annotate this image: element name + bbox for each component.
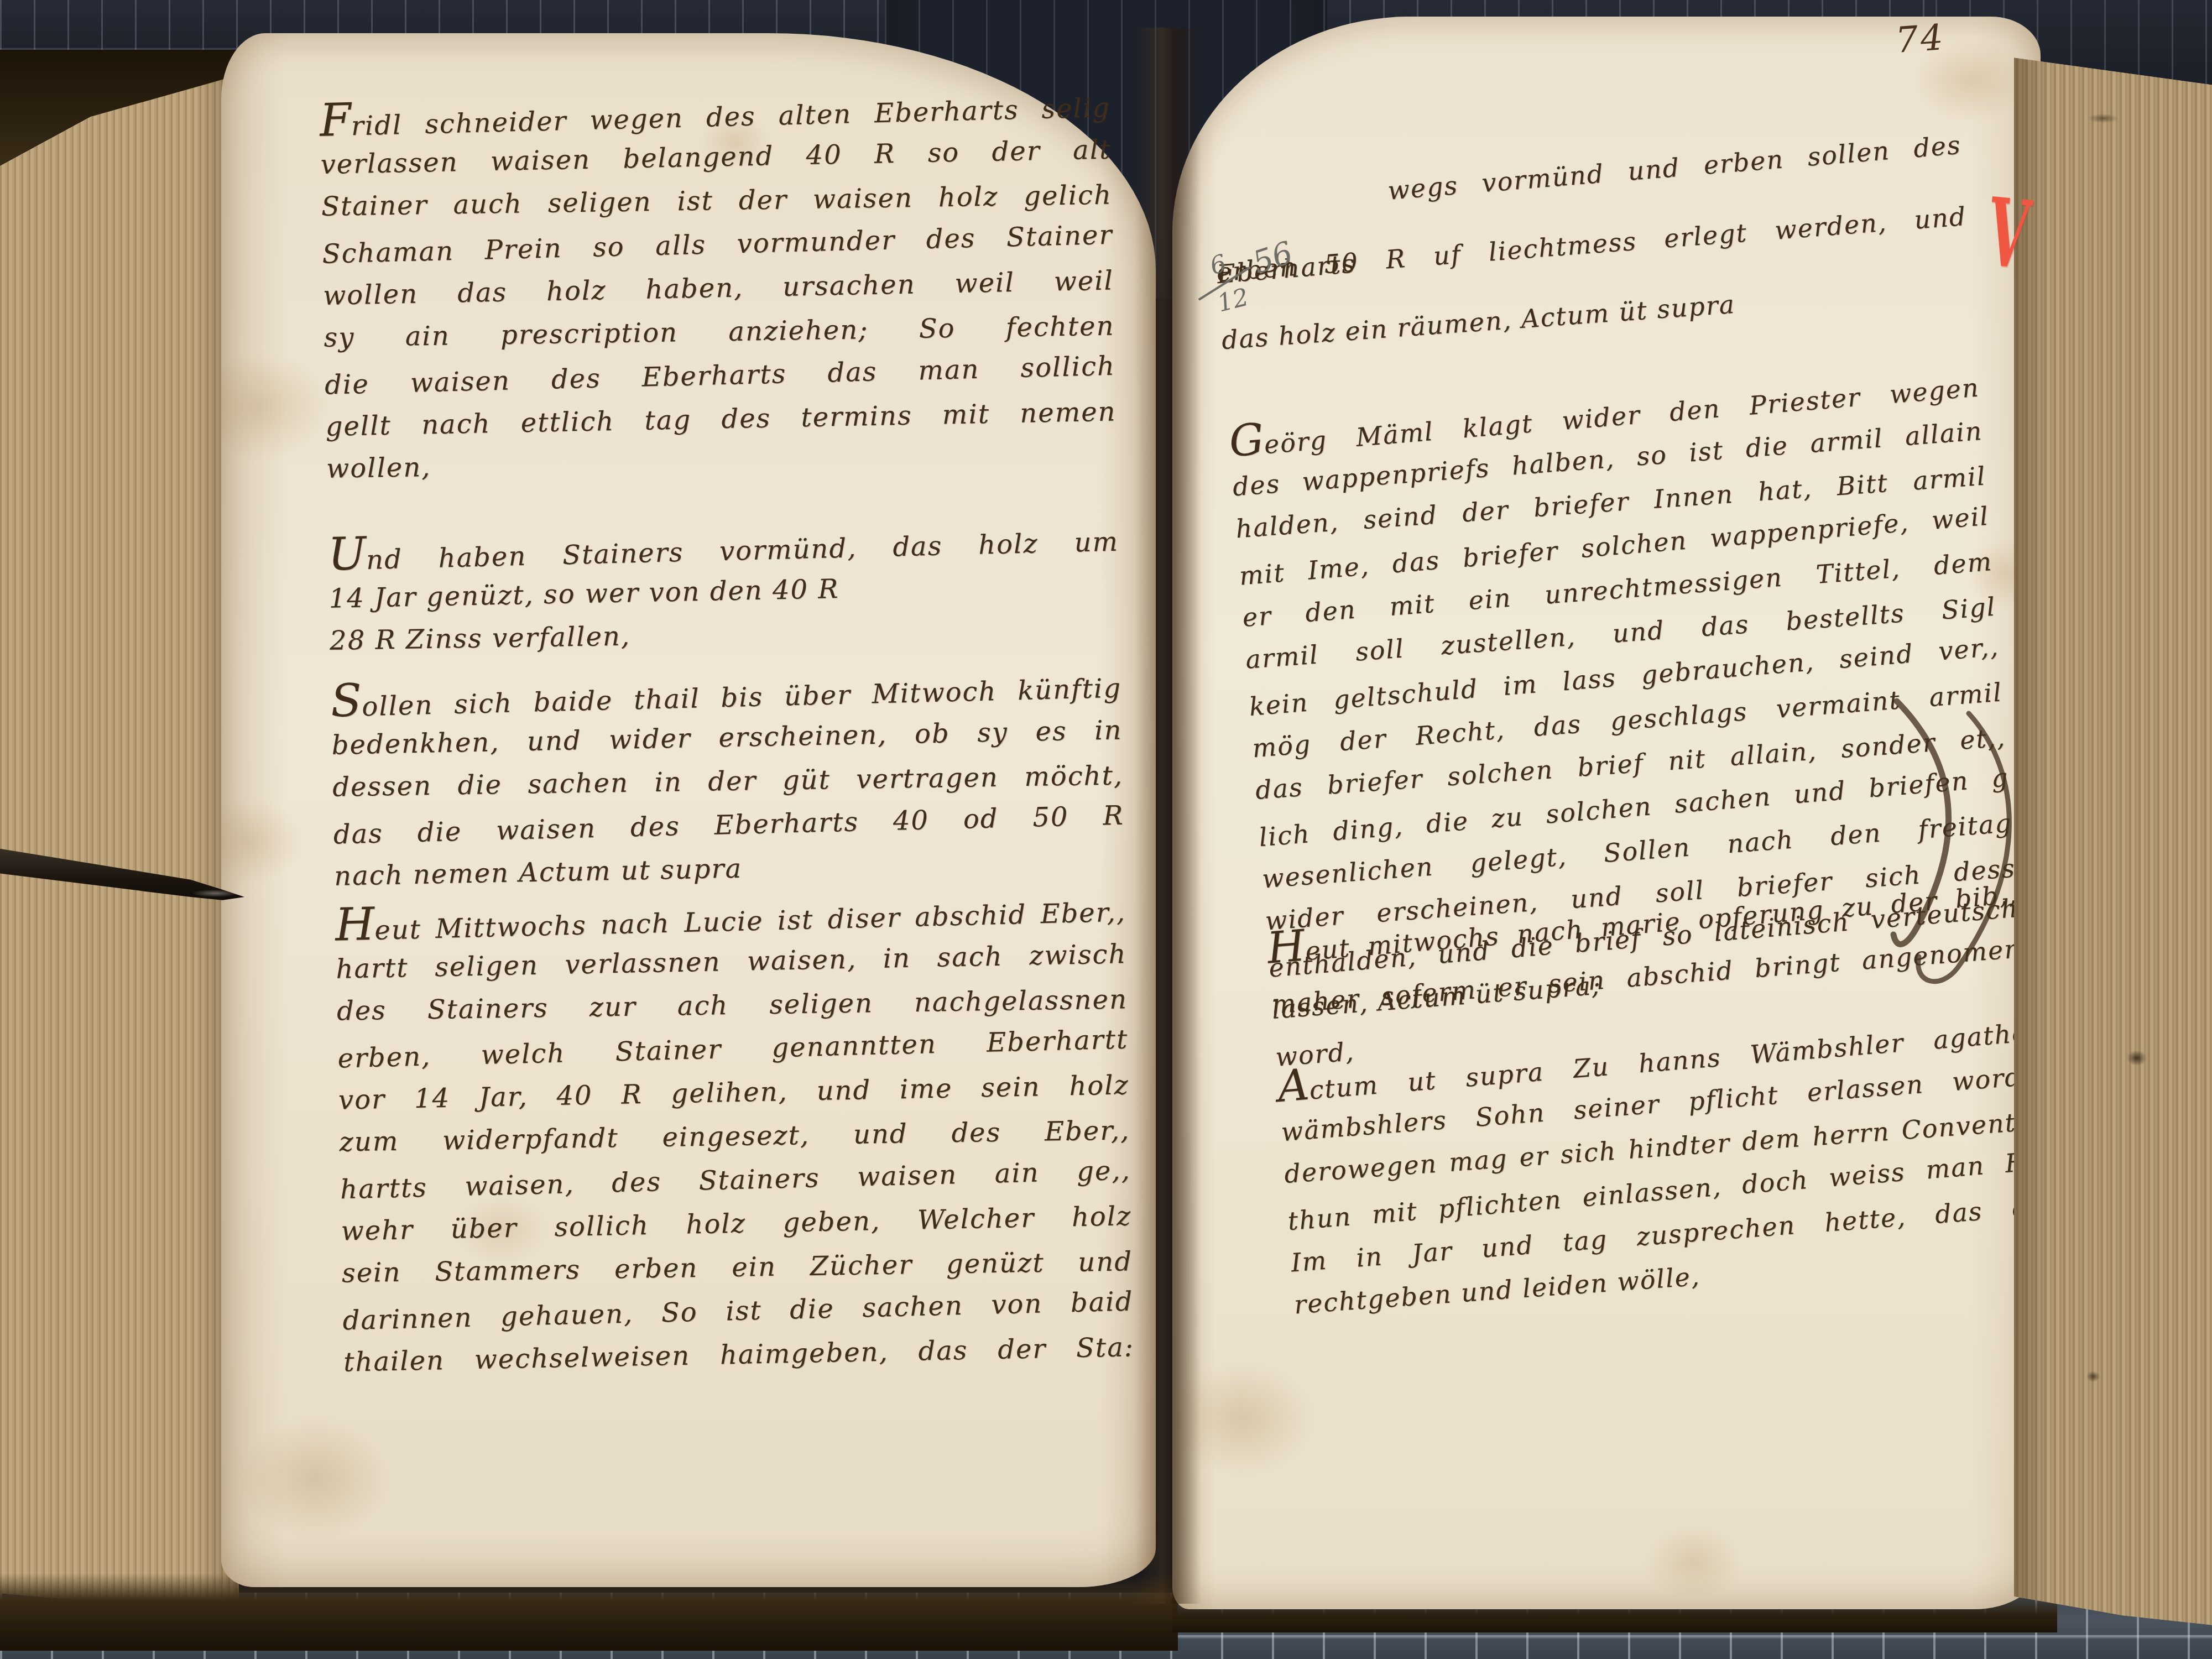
manuscript-paragraph: Sollen sich baide thail bis über Mitwoch… <box>330 665 1125 898</box>
left-page: Fridl schneider wegen des alten Eberhart… <box>221 33 1156 1587</box>
pencil-fraction-denominator: 12 <box>1214 283 1251 317</box>
manuscript-paragraph: Und haben Stainers vormünd, das holz um … <box>327 518 1120 664</box>
manuscript-paragraph: Fridl schneider wegen des alten Eberhart… <box>319 85 1117 493</box>
page-number: 74 <box>1895 17 1947 61</box>
book-gutter-shadow <box>1135 28 1201 1604</box>
ink-flourish-icon <box>1880 691 2057 990</box>
photo-stage: Fridl schneider wegen des alten Eberhart… <box>0 0 2212 1659</box>
red-check-mark: V <box>1987 185 2030 283</box>
manuscript-paragraph: Heut Mittwochs nach Lucie ist diser absc… <box>335 889 1134 1384</box>
manuscript-paragraph: wegs vormünd und erben sollen des Eberha… <box>1209 112 1975 377</box>
manuscript-paragraph: Actum ut supra Zu hanns Wämbshler agathe… <box>1276 1011 2046 1329</box>
pencil-fraction-numerator: 6 <box>1207 249 1229 281</box>
left-page-text: Fridl schneider wegen des alten Eberhart… <box>318 18 1155 1587</box>
page-block-fore-edge-left <box>0 72 239 1615</box>
pencil-margin-note: 6 12 56 <box>1199 244 1312 363</box>
